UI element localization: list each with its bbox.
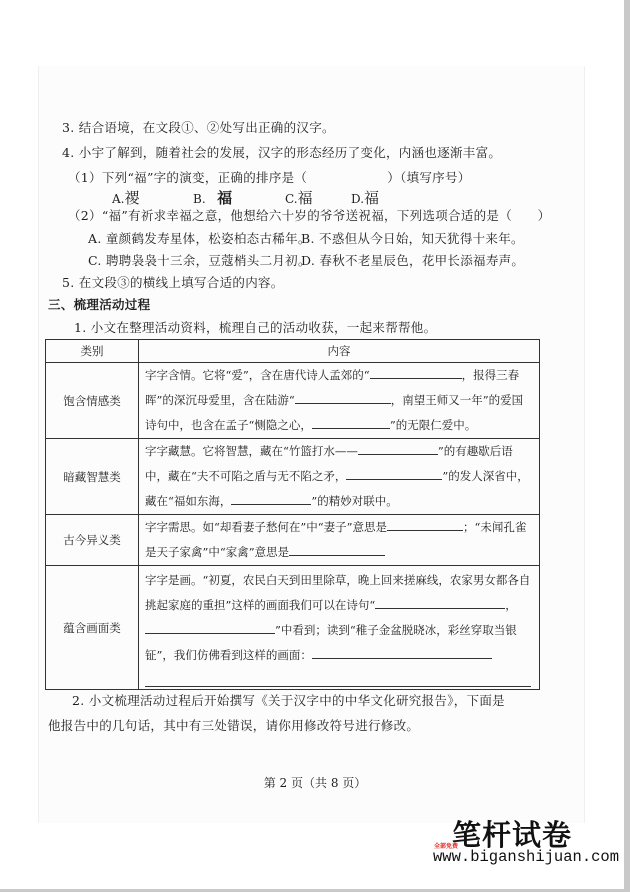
fu-oracle-bone-glyph-icon: 禝 (124, 189, 139, 207)
question-4-1-stem: （1）下列“福”字的演变，正确的排序是（ (68, 170, 307, 185)
table-row: 饱含情感类 字字含情。它将“爱”，含在唐代诗人孟郊的“，报得三春晖”的深沉母爱里… (46, 363, 540, 439)
scrollbar-right[interactable] (624, 0, 630, 892)
table-row: 暗藏智慧类 字字藏慧。它将智慧，藏在“竹篮打水——”的有趣歇后语中，藏在“夫不可… (46, 439, 540, 515)
question-5: 5. 在文段③的横线上填写合适的内容。 (62, 275, 284, 291)
row-category: 蕴含画面类 (46, 566, 139, 690)
fill-blank[interactable] (346, 467, 442, 480)
header-content: 内容 (139, 340, 540, 363)
table-row: 蕴含画面类 字字是画。“初夏，农民白天到田里除草，晚上回来搓麻线，农家男女都各自… (46, 566, 540, 690)
fill-blank[interactable] (295, 391, 391, 404)
fill-blank[interactable] (231, 492, 311, 505)
row-category: 暗藏智慧类 (46, 439, 139, 515)
question-4-1: （1）下列“福”字的演变，正确的排序是（）（填写序号） (68, 170, 471, 186)
fill-blank[interactable] (387, 518, 463, 531)
option-a: A.禝 (112, 187, 140, 208)
page-number: 第 2 页（共 8 页） (0, 774, 630, 791)
fu-bronze-glyph-icon: 福 (217, 189, 232, 207)
section-3-question-2-line-2: 他报告中的几句话，其中有三处错误，请你用修改符号进行修改。 (48, 718, 419, 734)
section-3-title: 三、梳理活动过程 (48, 297, 150, 313)
question-4-2: （2）“福”有祈求幸福之意，他想给六十岁的爷爷送祝福，下列选项合适的是（ ） (68, 208, 550, 224)
fill-blank[interactable] (312, 646, 492, 659)
fu-regular-glyph-icon: 福 (298, 189, 313, 207)
option-4-2-b: B. 不惑但从今日始，知天犹得十来年。 (301, 231, 524, 247)
fill-blank[interactable] (358, 442, 438, 455)
header-category: 类别 (46, 340, 139, 363)
fill-blank[interactable] (370, 366, 462, 379)
option-d: D.福 (351, 187, 379, 208)
question-3: 3. 结合语境，在文段①、②处写出正确的汉字。 (62, 120, 335, 136)
fill-blank[interactable] (145, 668, 531, 687)
option-4-2-a: A. 童颜鹤发寿星体，松姿柏态古稀年。 (88, 231, 311, 247)
row-content: 字字需思。如“却看妻子愁何在”中“妻子”意思是；“未闻孔雀是天子家禽”中“家禽”… (139, 515, 540, 566)
fu-seal-glyph-icon: 福 (364, 189, 379, 207)
watermark-url: www.biganshijuan.com (433, 848, 619, 866)
fill-blank[interactable] (375, 596, 505, 609)
table-header-row: 类别 内容 (46, 340, 540, 363)
activity-summary-table: 类别 内容 饱含情感类 字字含情。它将“爱”，含在唐代诗人孟郊的“，报得三春晖”… (45, 339, 540, 690)
row-content: 字字含情。它将“爱”，含在唐代诗人孟郊的“，报得三春晖”的深沉母爱里，含在陆游“… (139, 363, 540, 439)
fill-blank[interactable] (289, 543, 385, 556)
option-4-2-d: D. 春秋不老星辰色，花甲长添福寿声。 (301, 253, 524, 269)
row-category: 古今异义类 (46, 515, 139, 566)
option-c: C.福 (285, 187, 313, 208)
section-3-question-1: 1. 小文在整理活动资料，梳理自己的活动收获，一起来帮帮他。 (74, 320, 436, 336)
row-content: 字字是画。“初夏，农民白天到田里除草，晚上回来搓麻线，农家男女都各自挑起家庭的重… (139, 566, 540, 690)
option-b: B. 福 (193, 187, 232, 208)
table-row: 古今异义类 字字需思。如“却看妻子愁何在”中“妻子”意思是；“未闻孔雀是天子家禽… (46, 515, 540, 566)
question-4: 4. 小宇了解到，随着社会的发展，汉字的形态经历了变化，内涵也逐渐丰富。 (62, 145, 501, 161)
row-category: 饱含情感类 (46, 363, 139, 439)
fill-blank[interactable] (145, 621, 275, 634)
option-4-2-c: C. 聘聘袅袅十三余，豆蔻梢头二月初。 (88, 253, 311, 269)
row-content: 字字藏慧。它将智慧，藏在“竹篮打水——”的有趣歇后语中，藏在“夫不可陷之盾与无不… (139, 439, 540, 515)
fill-blank[interactable] (312, 416, 390, 429)
question-4-1-hint: ）（填写序号） (387, 170, 470, 185)
section-3-question-2-line-1: 2. 小文梳理活动过程后开始撰写《关于汉字中的中华文化研究报告》，下面是 (72, 693, 505, 709)
